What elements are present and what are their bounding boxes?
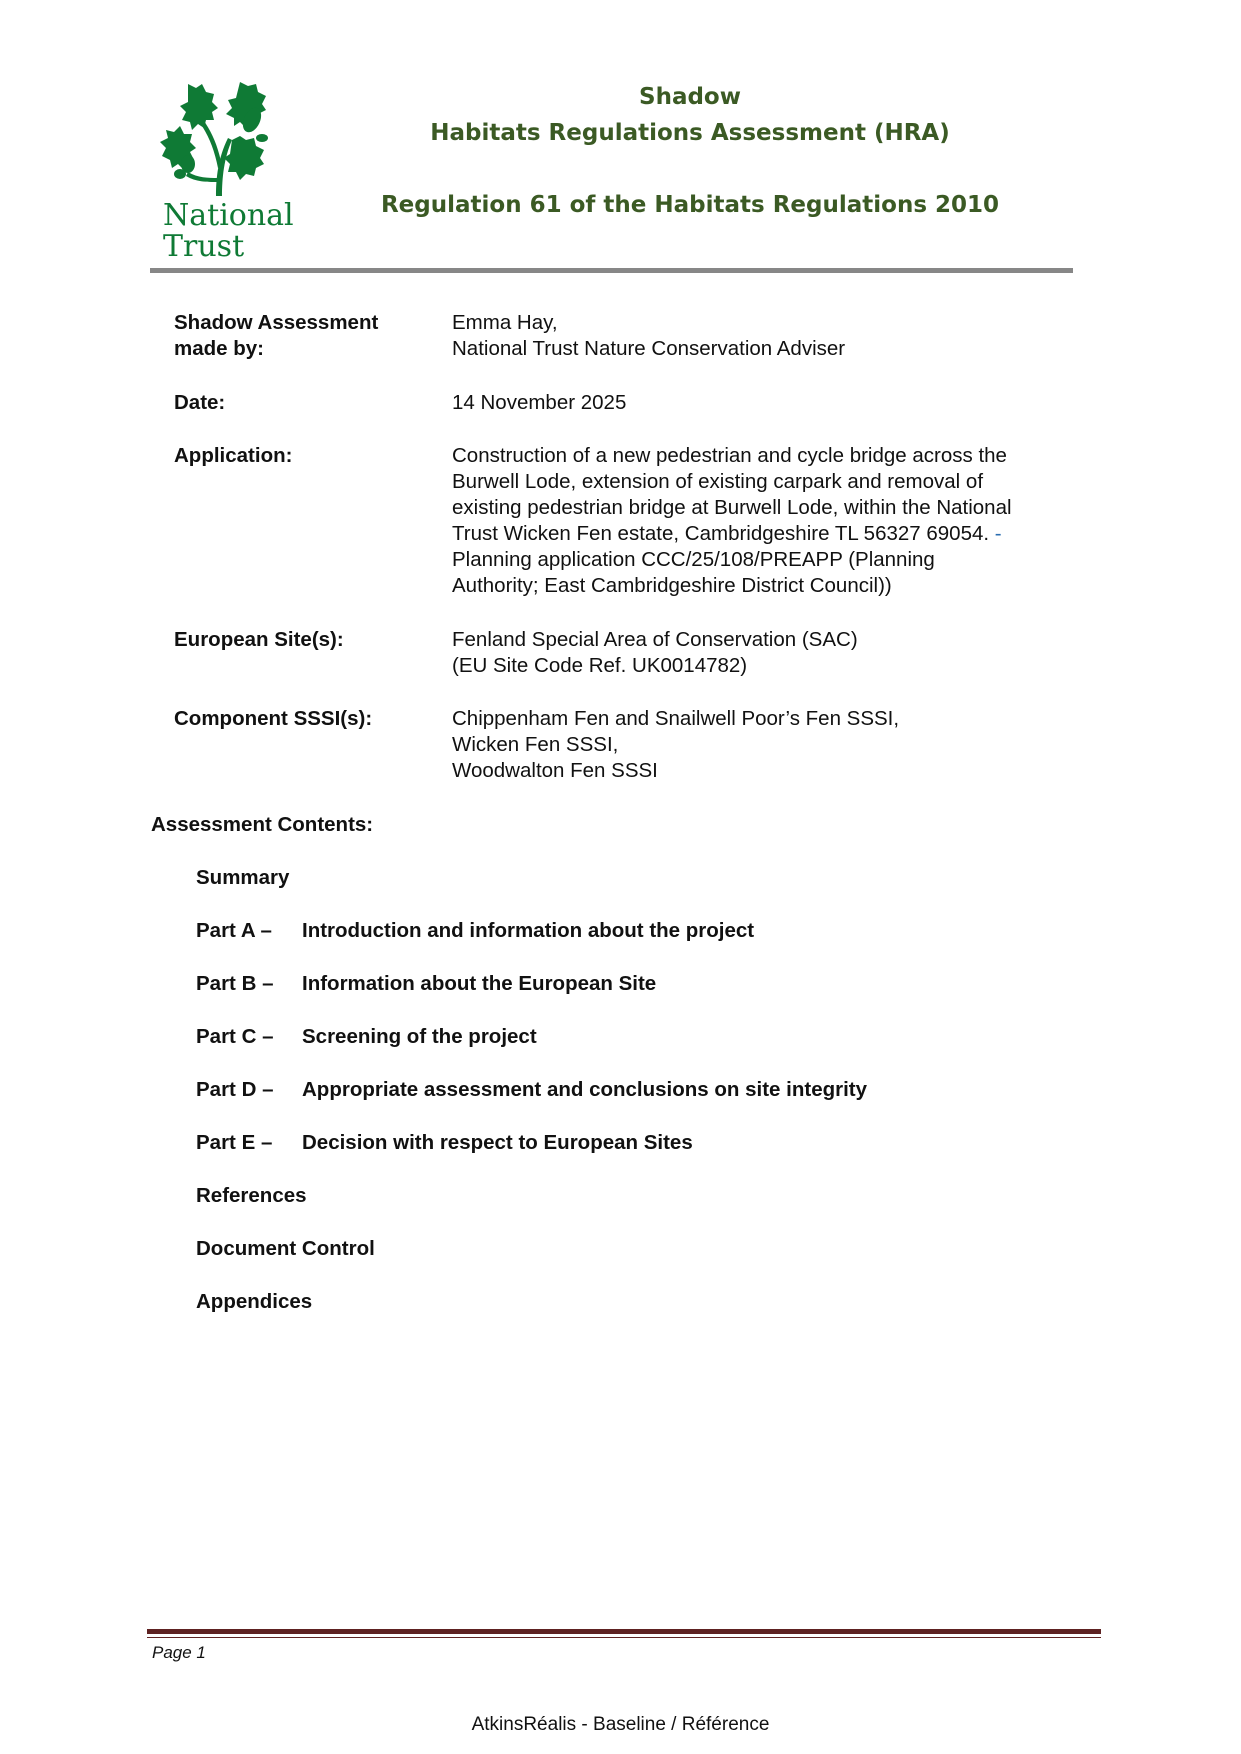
title-line-1: Shadow [380, 84, 1000, 110]
toc-part-label: Part D – [196, 1077, 302, 1103]
toc-item[interactable]: References [196, 1183, 307, 1209]
european-site-value: Fenland Special Area of Conservation (SA… [452, 627, 1092, 679]
application-line: Construction of a new pedestrian and cyc… [452, 443, 1092, 469]
application-line: Planning application CCC/25/108/PREAPP (… [452, 547, 1092, 573]
component-sssi-value: Chippenham Fen and Snailwell Poor’s Fen … [452, 706, 1092, 784]
european-site-line: (EU Site Code Ref. UK0014782) [452, 653, 1092, 679]
application-label: Application: [174, 443, 292, 469]
made-by-label: Shadow Assessment made by: [174, 310, 378, 362]
dash-mark: - [995, 522, 1002, 545]
toc-title: Appropriate assessment and conclusions o… [302, 1078, 867, 1101]
component-sssi-label: Component SSSI(s): [174, 706, 372, 732]
european-site-line: Fenland Special Area of Conservation (SA… [452, 627, 1092, 653]
application-line-text: Trust Wicken Fen estate, Cambridgeshire … [452, 522, 989, 545]
toc-title: Screening of the project [302, 1025, 537, 1048]
footer-rule-thin [147, 1637, 1101, 1638]
toc-part-label: Part A – [196, 918, 302, 944]
toc-part-label: Part C – [196, 1024, 302, 1050]
toc-item[interactable]: Document Control [196, 1236, 375, 1262]
logo-line-1: National [163, 200, 294, 231]
application-line: Authority; East Cambridgeshire District … [452, 573, 1092, 599]
sssi-line: Chippenham Fen and Snailwell Poor’s Fen … [452, 706, 1092, 732]
date-label: Date: [174, 390, 225, 416]
logo-wordmark: National Trust [163, 200, 294, 262]
toc-item[interactable]: Appendices [196, 1289, 312, 1315]
toc-title: Summary [196, 866, 289, 889]
sssi-line: Woodwalton Fen SSSI [452, 758, 1092, 784]
footer-rule [147, 1629, 1101, 1634]
header-rule [150, 268, 1073, 273]
toc-item[interactable]: Part A –Introduction and information abo… [196, 918, 754, 944]
toc-title: Information about the European Site [302, 972, 656, 995]
application-line: Burwell Lode, extension of existing carp… [452, 469, 1092, 495]
classification-label: AtkinsRéalis - Baseline / Référence [0, 1714, 1241, 1736]
application-line: Trust Wicken Fen estate, Cambridgeshire … [452, 521, 1092, 547]
subtitle: Regulation 61 of the Habitats Regulation… [380, 192, 1000, 218]
toc-title: Document Control [196, 1237, 375, 1260]
toc-item[interactable]: Part C –Screening of the project [196, 1024, 537, 1050]
page-number: Page 1 [152, 1643, 206, 1663]
european-site-label: European Site(s): [174, 627, 344, 653]
date-value: 14 November 2025 [452, 390, 1092, 416]
made-by-label-line-2: made by: [174, 336, 378, 362]
toc-item[interactable]: Part D –Appropriate assessment and concl… [196, 1077, 867, 1103]
toc-item[interactable]: Part B –Information about the European S… [196, 971, 656, 997]
toc-part-label: Part B – [196, 971, 302, 997]
toc-item[interactable]: Part E –Decision with respect to Europea… [196, 1130, 693, 1156]
assessor-name: Emma Hay, [452, 310, 1092, 336]
sssi-line: Wicken Fen SSSI, [452, 732, 1092, 758]
toc-title: References [196, 1184, 307, 1207]
toc-item[interactable]: Summary [196, 865, 289, 891]
toc-title: Introduction and information about the p… [302, 919, 754, 942]
toc-part-label: Part E – [196, 1130, 302, 1156]
contents-heading: Assessment Contents: [151, 812, 373, 838]
logo-line-2: Trust [163, 231, 294, 262]
application-value: Construction of a new pedestrian and cyc… [452, 443, 1092, 599]
toc-title: Decision with respect to European Sites [302, 1131, 693, 1154]
made-by-value: Emma Hay, National Trust Nature Conserva… [452, 310, 1092, 362]
made-by-label-line-1: Shadow Assessment [174, 310, 378, 336]
application-line: existing pedestrian bridge at Burwell Lo… [452, 495, 1092, 521]
oak-leaf-icon [158, 78, 280, 198]
toc-title: Appendices [196, 1290, 312, 1313]
assessor-role: National Trust Nature Conservation Advis… [452, 336, 1092, 362]
title-line-2: Habitats Regulations Assessment (HRA) [380, 120, 1000, 146]
